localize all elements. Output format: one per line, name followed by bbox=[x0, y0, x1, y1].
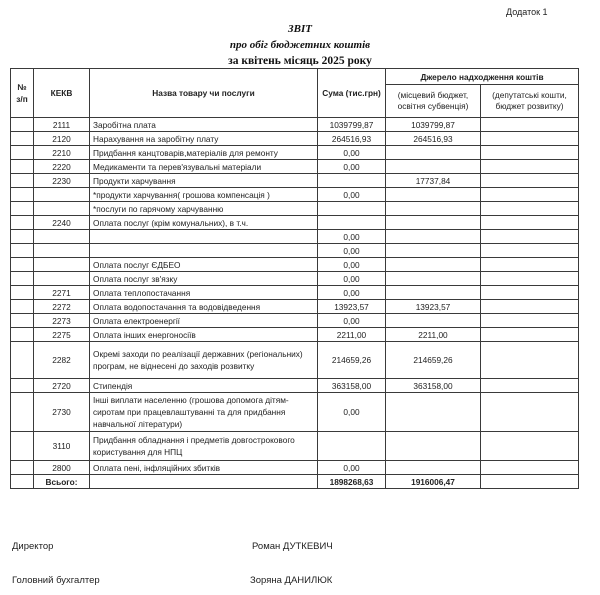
cell-name: Придбання обладнання і предметів довгост… bbox=[90, 432, 318, 461]
cell-no bbox=[11, 118, 34, 132]
cell-sum: 0,00 bbox=[318, 314, 386, 328]
table-row: 2273Оплата електроенергії0,00 bbox=[11, 314, 579, 328]
cell-local bbox=[386, 286, 481, 300]
table-row: 2240Оплата послуг (крім комунальних), в … bbox=[11, 216, 579, 230]
cell-name: Оплата послуг зв'язку bbox=[90, 272, 318, 286]
cell-local bbox=[386, 258, 481, 272]
cell-deputy bbox=[481, 188, 579, 202]
table-row: 2271Оплата теплопостачання0,00 bbox=[11, 286, 579, 300]
cell-kekv: 2800 bbox=[34, 461, 90, 475]
cell-name: Оплата теплопостачання bbox=[90, 286, 318, 300]
cell-sum: 2211,00 bbox=[318, 328, 386, 342]
cell-local: 264516,93 bbox=[386, 132, 481, 146]
cell-sum: 0,00 bbox=[318, 244, 386, 258]
cell-name: Інші виплати населенню (грошова допомога… bbox=[90, 393, 318, 432]
cell-sum bbox=[318, 202, 386, 216]
cell-no bbox=[11, 132, 34, 146]
cell-deputy bbox=[481, 342, 579, 379]
cell-deputy bbox=[481, 328, 579, 342]
report-period: за квітень місяць 2025 року bbox=[0, 55, 600, 67]
cell-no bbox=[11, 272, 34, 286]
report-table: № з/п КЕКВ Назва товару чи послуги Сума … bbox=[10, 68, 579, 489]
cell-local bbox=[386, 461, 481, 475]
total-label: Всього: bbox=[34, 475, 90, 489]
table-row: 2220Медикаменти та перев'язувальні матер… bbox=[11, 160, 579, 174]
cell-sum: 363158,00 bbox=[318, 379, 386, 393]
cell-local bbox=[386, 432, 481, 461]
cell-no bbox=[11, 461, 34, 475]
table-row: 2730Інші виплати населенню (грошова допо… bbox=[11, 393, 579, 432]
table-row: 3110Придбання обладнання і предметів дов… bbox=[11, 432, 579, 461]
cell-no bbox=[11, 216, 34, 230]
cell-sum: 0,00 bbox=[318, 286, 386, 300]
cell-deputy bbox=[481, 174, 579, 188]
cell-deputy bbox=[481, 230, 579, 244]
cell-deputy bbox=[481, 132, 579, 146]
cell-deputy bbox=[481, 379, 579, 393]
cell-local: 2211,00 bbox=[386, 328, 481, 342]
cell-kekv: 2111 bbox=[34, 118, 90, 132]
report-title: ЗВІТ bbox=[0, 23, 600, 35]
cell-no bbox=[11, 475, 34, 489]
cell-sum bbox=[318, 216, 386, 230]
cell-deputy bbox=[481, 216, 579, 230]
cell-no bbox=[11, 146, 34, 160]
cell-no bbox=[11, 314, 34, 328]
cell-name: Продукти харчування bbox=[90, 174, 318, 188]
cell-local: 363158,00 bbox=[386, 379, 481, 393]
table-row: 2800Оплата пені, інфляційних збитків0,00 bbox=[11, 461, 579, 475]
cell-local bbox=[386, 393, 481, 432]
cell-kekv: 2275 bbox=[34, 328, 90, 342]
table-row: Оплата послуг ЄДБЕО0,00 bbox=[11, 258, 579, 272]
annex-label: Додаток 1 bbox=[506, 7, 548, 17]
cell-local bbox=[386, 314, 481, 328]
cell-sum: 1039799,87 bbox=[318, 118, 386, 132]
cell-deputy bbox=[481, 461, 579, 475]
cell-local bbox=[386, 216, 481, 230]
cell-deputy bbox=[481, 300, 579, 314]
cell-no bbox=[11, 379, 34, 393]
cell-sum: 0,00 bbox=[318, 393, 386, 432]
cell-sum: 264516,93 bbox=[318, 132, 386, 146]
cell-kekv: 3110 bbox=[34, 432, 90, 461]
cell-kekv bbox=[34, 258, 90, 272]
cell-name bbox=[90, 230, 318, 244]
cell-kekv: 2230 bbox=[34, 174, 90, 188]
cell-sum: 0,00 bbox=[318, 461, 386, 475]
total-row: Всього:1898268,631916006,47 bbox=[11, 475, 579, 489]
cell-name: *послуги по гарячому харчуванню bbox=[90, 202, 318, 216]
cell-kekv bbox=[34, 230, 90, 244]
total-sum: 1898268,63 bbox=[318, 475, 386, 489]
header-kekv: КЕКВ bbox=[34, 69, 90, 118]
cell-deputy bbox=[481, 314, 579, 328]
total-local: 1916006,47 bbox=[386, 475, 481, 489]
report-body: 2111Заробітна плата1039799,871039799,872… bbox=[11, 118, 579, 489]
header-deputy: (депутатські кошти, бюджет розвитку) bbox=[481, 85, 579, 118]
table-row: 2282Окремі заходи по реалізації державни… bbox=[11, 342, 579, 379]
cell-name: Оплата послуг ЄДБЕО bbox=[90, 258, 318, 272]
cell-name bbox=[90, 475, 318, 489]
cell-deputy bbox=[481, 244, 579, 258]
cell-sum: 0,00 bbox=[318, 230, 386, 244]
signature-role-director: Директор bbox=[12, 541, 53, 552]
table-row: 0,00 bbox=[11, 230, 579, 244]
cell-local: 214659,26 bbox=[386, 342, 481, 379]
cell-deputy bbox=[481, 202, 579, 216]
cell-kekv: 2220 bbox=[34, 160, 90, 174]
cell-kekv: 2271 bbox=[34, 286, 90, 300]
header-name: Назва товару чи послуги bbox=[90, 69, 318, 118]
table-row: Оплата послуг зв'язку0,00 bbox=[11, 272, 579, 286]
cell-no bbox=[11, 230, 34, 244]
cell-no bbox=[11, 328, 34, 342]
cell-no bbox=[11, 432, 34, 461]
cell-no bbox=[11, 244, 34, 258]
header-source: Джерело надходження коштів bbox=[386, 69, 579, 85]
cell-local bbox=[386, 160, 481, 174]
table-row: 2230Продукти харчування17737,84 bbox=[11, 174, 579, 188]
cell-kekv: 2282 bbox=[34, 342, 90, 379]
cell-local bbox=[386, 188, 481, 202]
cell-sum bbox=[318, 174, 386, 188]
cell-no bbox=[11, 174, 34, 188]
cell-deputy bbox=[481, 286, 579, 300]
cell-no bbox=[11, 286, 34, 300]
cell-no bbox=[11, 160, 34, 174]
cell-deputy bbox=[481, 393, 579, 432]
table-row: 2272Оплата водопостачання та водовідведе… bbox=[11, 300, 579, 314]
cell-kekv bbox=[34, 244, 90, 258]
cell-name: Оплата водопостачання та водовідведення bbox=[90, 300, 318, 314]
cell-local bbox=[386, 146, 481, 160]
cell-local bbox=[386, 202, 481, 216]
cell-name: Медикаменти та перев'язувальні матеріали bbox=[90, 160, 318, 174]
cell-kekv: 2730 bbox=[34, 393, 90, 432]
cell-name: Заробітна плата bbox=[90, 118, 318, 132]
header-sum: Сума (тис.грн) bbox=[318, 69, 386, 118]
signature-name-accountant: Зоряна ДАНИЛЮК bbox=[250, 575, 332, 586]
header-no: № з/п bbox=[11, 69, 34, 118]
cell-kekv bbox=[34, 272, 90, 286]
cell-deputy bbox=[481, 272, 579, 286]
cell-local: 13923,57 bbox=[386, 300, 481, 314]
cell-no bbox=[11, 188, 34, 202]
cell-name: Оплата пені, інфляційних збитків bbox=[90, 461, 318, 475]
cell-name bbox=[90, 244, 318, 258]
cell-kekv: 2240 bbox=[34, 216, 90, 230]
cell-kekv: 2272 bbox=[34, 300, 90, 314]
cell-name: Придбання канцтоварів,матеріалів для рем… bbox=[90, 146, 318, 160]
cell-sum: 214659,26 bbox=[318, 342, 386, 379]
cell-sum: 0,00 bbox=[318, 188, 386, 202]
table-row: *послуги по гарячому харчуванню bbox=[11, 202, 579, 216]
cell-sum: 13923,57 bbox=[318, 300, 386, 314]
table-row: 2720Стипендія363158,00363158,00 bbox=[11, 379, 579, 393]
cell-no bbox=[11, 300, 34, 314]
cell-name: *продукти харчування( грошова компенсаці… bbox=[90, 188, 318, 202]
cell-kekv: 2720 bbox=[34, 379, 90, 393]
cell-name: Оплата електроенергії bbox=[90, 314, 318, 328]
total-deputy bbox=[481, 475, 579, 489]
cell-deputy bbox=[481, 432, 579, 461]
cell-local bbox=[386, 244, 481, 258]
cell-no bbox=[11, 258, 34, 272]
cell-name: Оплата інших енергоносіїв bbox=[90, 328, 318, 342]
cell-no bbox=[11, 393, 34, 432]
cell-kekv bbox=[34, 188, 90, 202]
cell-deputy bbox=[481, 146, 579, 160]
header-local: (місцевий бюджет, освітня субвенція) bbox=[386, 85, 481, 118]
cell-name: Окремі заходи по реалізації державних (р… bbox=[90, 342, 318, 379]
cell-sum: 0,00 bbox=[318, 272, 386, 286]
signature-name-director: Роман ДУТКЕВИЧ bbox=[252, 541, 333, 552]
cell-sum: 0,00 bbox=[318, 258, 386, 272]
cell-local: 17737,84 bbox=[386, 174, 481, 188]
signature-role-accountant: Головний бухгалтер bbox=[12, 575, 100, 586]
table-row: 0,00 bbox=[11, 244, 579, 258]
table-row: 2120Нарахування на заробітну плату264516… bbox=[11, 132, 579, 146]
table-row: *продукти харчування( грошова компенсаці… bbox=[11, 188, 579, 202]
table-row: 2275Оплата інших енергоносіїв2211,002211… bbox=[11, 328, 579, 342]
cell-deputy bbox=[481, 160, 579, 174]
cell-kekv bbox=[34, 202, 90, 216]
cell-deputy bbox=[481, 118, 579, 132]
cell-local: 1039799,87 bbox=[386, 118, 481, 132]
cell-name: Стипендія bbox=[90, 379, 318, 393]
cell-name: Оплата послуг (крім комунальних), в т.ч. bbox=[90, 216, 318, 230]
cell-local bbox=[386, 230, 481, 244]
cell-sum: 0,00 bbox=[318, 160, 386, 174]
cell-name: Нарахування на заробітну плату bbox=[90, 132, 318, 146]
cell-sum bbox=[318, 432, 386, 461]
cell-kekv: 2120 bbox=[34, 132, 90, 146]
cell-kekv: 2210 bbox=[34, 146, 90, 160]
cell-kekv: 2273 bbox=[34, 314, 90, 328]
cell-no bbox=[11, 202, 34, 216]
cell-sum: 0,00 bbox=[318, 146, 386, 160]
cell-no bbox=[11, 342, 34, 379]
table-row: 2111Заробітна плата1039799,871039799,87 bbox=[11, 118, 579, 132]
cell-deputy bbox=[481, 258, 579, 272]
report-subtitle: про обіг бюджетних коштів bbox=[0, 39, 600, 51]
table-row: 2210Придбання канцтоварів,матеріалів для… bbox=[11, 146, 579, 160]
cell-local bbox=[386, 272, 481, 286]
